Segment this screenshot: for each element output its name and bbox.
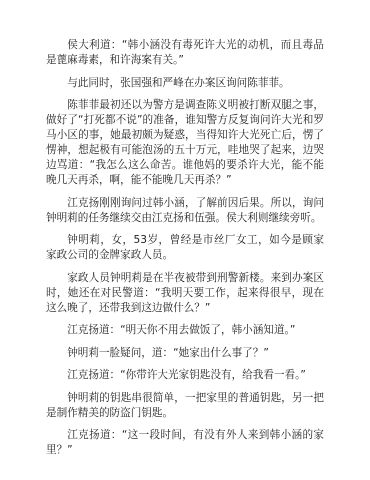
paragraph: 江克扬道：“这一段时间，有没有外人来到韩小涵的家里？”	[46, 428, 324, 458]
paragraph: 侯大利道：“韩小涵没有毒死许大光的动机，而且毒品是蓖麻毒素，和许海案有关。”	[46, 38, 324, 68]
paragraph: 钟明莉，女，53岁，曾经是市丝厂女工，如今是顾家家政公司的金牌家政人员。	[46, 233, 324, 263]
document-page: 侯大利道：“韩小涵没有毒死许大光的动机，而且毒品是蓖麻毒素，和许海案有关。” 与…	[46, 38, 324, 466]
paragraph: 江克扬刚刚询问过韩小涵，了解前因后果。所以，询问钟明莉的任务继续交由江克扬和伍强…	[46, 196, 324, 226]
paragraph: 陈菲菲最初还以为警方是调查陈义明被打断双腿之事，做好了“打死都不说”的准备，谁知…	[46, 98, 324, 188]
paragraph: 与此同时，张国强和严峰在办案区询问陈菲菲。	[46, 76, 324, 91]
paragraph: 钟明莉一脸疑问，道：“她家出什么事了？”	[46, 346, 324, 361]
paragraph: 江克扬道：“明天你不用去做饭了，韩小涵知道。”	[46, 323, 324, 338]
paragraph: 江克扬道：“你带许大光家钥匙没有，给我看一看。”	[46, 368, 324, 383]
paragraph: 钟明莉的钥匙串很简单，一把家里的普通钥匙，另一把是制作精美的防盗门钥匙。	[46, 391, 324, 421]
paragraph: 家政人员钟明莉是在半夜被带到刑警新楼。来到办案区时，她还在对民警道：“我明天要工…	[46, 271, 324, 316]
